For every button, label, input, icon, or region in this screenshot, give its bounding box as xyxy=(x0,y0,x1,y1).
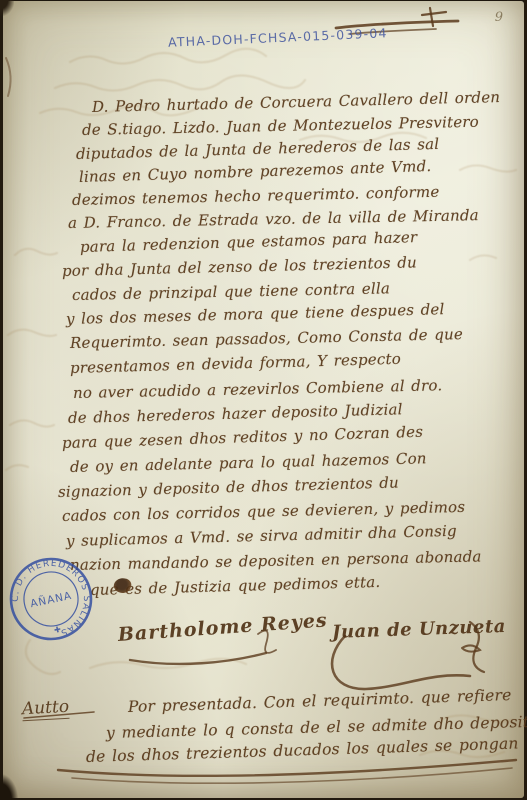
scan-corner-bottom-left xyxy=(0,774,18,800)
folio-number: 9 xyxy=(495,10,503,25)
decree-margin-note: Autto xyxy=(21,697,69,721)
herederos-salinas-stamp: C. D. HEREDEROS SALINAS AÑANA ✚ xyxy=(0,548,102,650)
scan-corner-top-left xyxy=(0,0,14,16)
manuscript-scan: 9 ATHA-DOH-FCHSA-015-039-04 D. Pedro hur… xyxy=(0,0,527,800)
stamp-center-text: AÑANA xyxy=(29,589,73,611)
stamp-cross-mark: ✚ xyxy=(53,625,62,635)
scan-edge-left xyxy=(0,0,3,800)
